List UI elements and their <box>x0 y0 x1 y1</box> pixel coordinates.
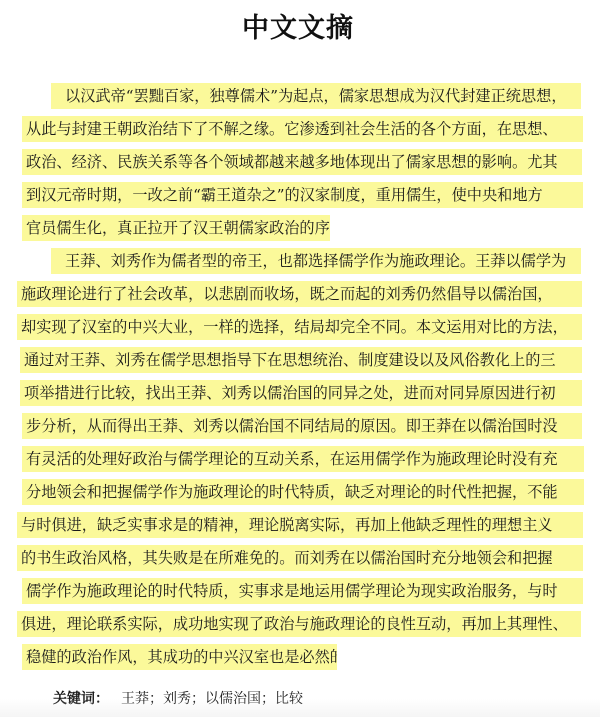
text-line: 与时俱进，缺乏实事求是的精神，理论脱离实际，再加上他缺乏理性的理想主义 <box>17 512 583 538</box>
text-line: 却实现了汉室的中兴大业，一样的选择，结局却完全不同。本文运用对比的方法， <box>17 314 582 340</box>
text-line: 的书生政治风格，其失败是在所难免的。而刘秀在以儒治国时充分地领会和把握 <box>17 545 583 571</box>
text-line: 施政理论进行了社会改革，以悲剧而收场，既之而起的刘秀仍然倡导以儒治国， <box>17 281 582 307</box>
text-line: 项举措进行比较，找出王莽、刘秀以儒治国的同异之处，进而对同异原因进行初 <box>20 380 582 406</box>
text-line: 官员儒生化，真正拉开了汉王朝儒家政治的序幕。 <box>22 215 330 241</box>
text-line: 俱进，理论联系实际，成功地实现了政治与施政理论的良性互动，再加上其理性、 <box>17 611 581 637</box>
text-line: 通过对王莽、刘秀在儒学思想指导下在思想统治、制度建设以及风俗教化上的三 <box>20 347 582 373</box>
text-line: 到汉元帝时期，一改之前“霸王道杂之”的汉家制度，重用儒生，使中央和地方 <box>22 182 583 208</box>
text-line: 以汉武帝“罢黜百家，独尊儒术”为起点，儒家思想成为汉代封建正统思想， <box>51 83 581 109</box>
text-line: 稳健的政治作风，其成功的中兴汉室也是必然的。 <box>22 644 337 670</box>
text-line: 有灵活的处理好政治与儒学理论的互动关系，在运用儒学作为施政理论时没有充 <box>22 446 584 472</box>
page-title: 中文文摘 <box>0 6 600 45</box>
text-line: 政治、经济、民族关系等各个领域都越来越多地体现出了儒家思想的影响。尤其 <box>22 149 582 175</box>
text-line: 王莽、刘秀作为儒者型的帝王，也都选择儒学作为施政理论。王莽以儒学为 <box>51 248 581 274</box>
text-line: 分地领会和把握儒学作为施政理论的时代特质，缺乏对理论的时代性把握，不能 <box>22 479 584 505</box>
text-line: 儒学作为施政理论的时代特质，实事求是地运用儒学理论为现实政治服务，与时 <box>22 578 583 604</box>
text-line: 步分析，从而得出王莽、刘秀以儒治国不同结局的原因。即王莽在以儒治国时没 <box>22 413 582 439</box>
page-bottom-shadow <box>0 699 600 717</box>
text-line: 从此与封建王朝政治结下了不解之缘。它渗透到社会生活的各个方面，在思想、 <box>22 116 583 142</box>
